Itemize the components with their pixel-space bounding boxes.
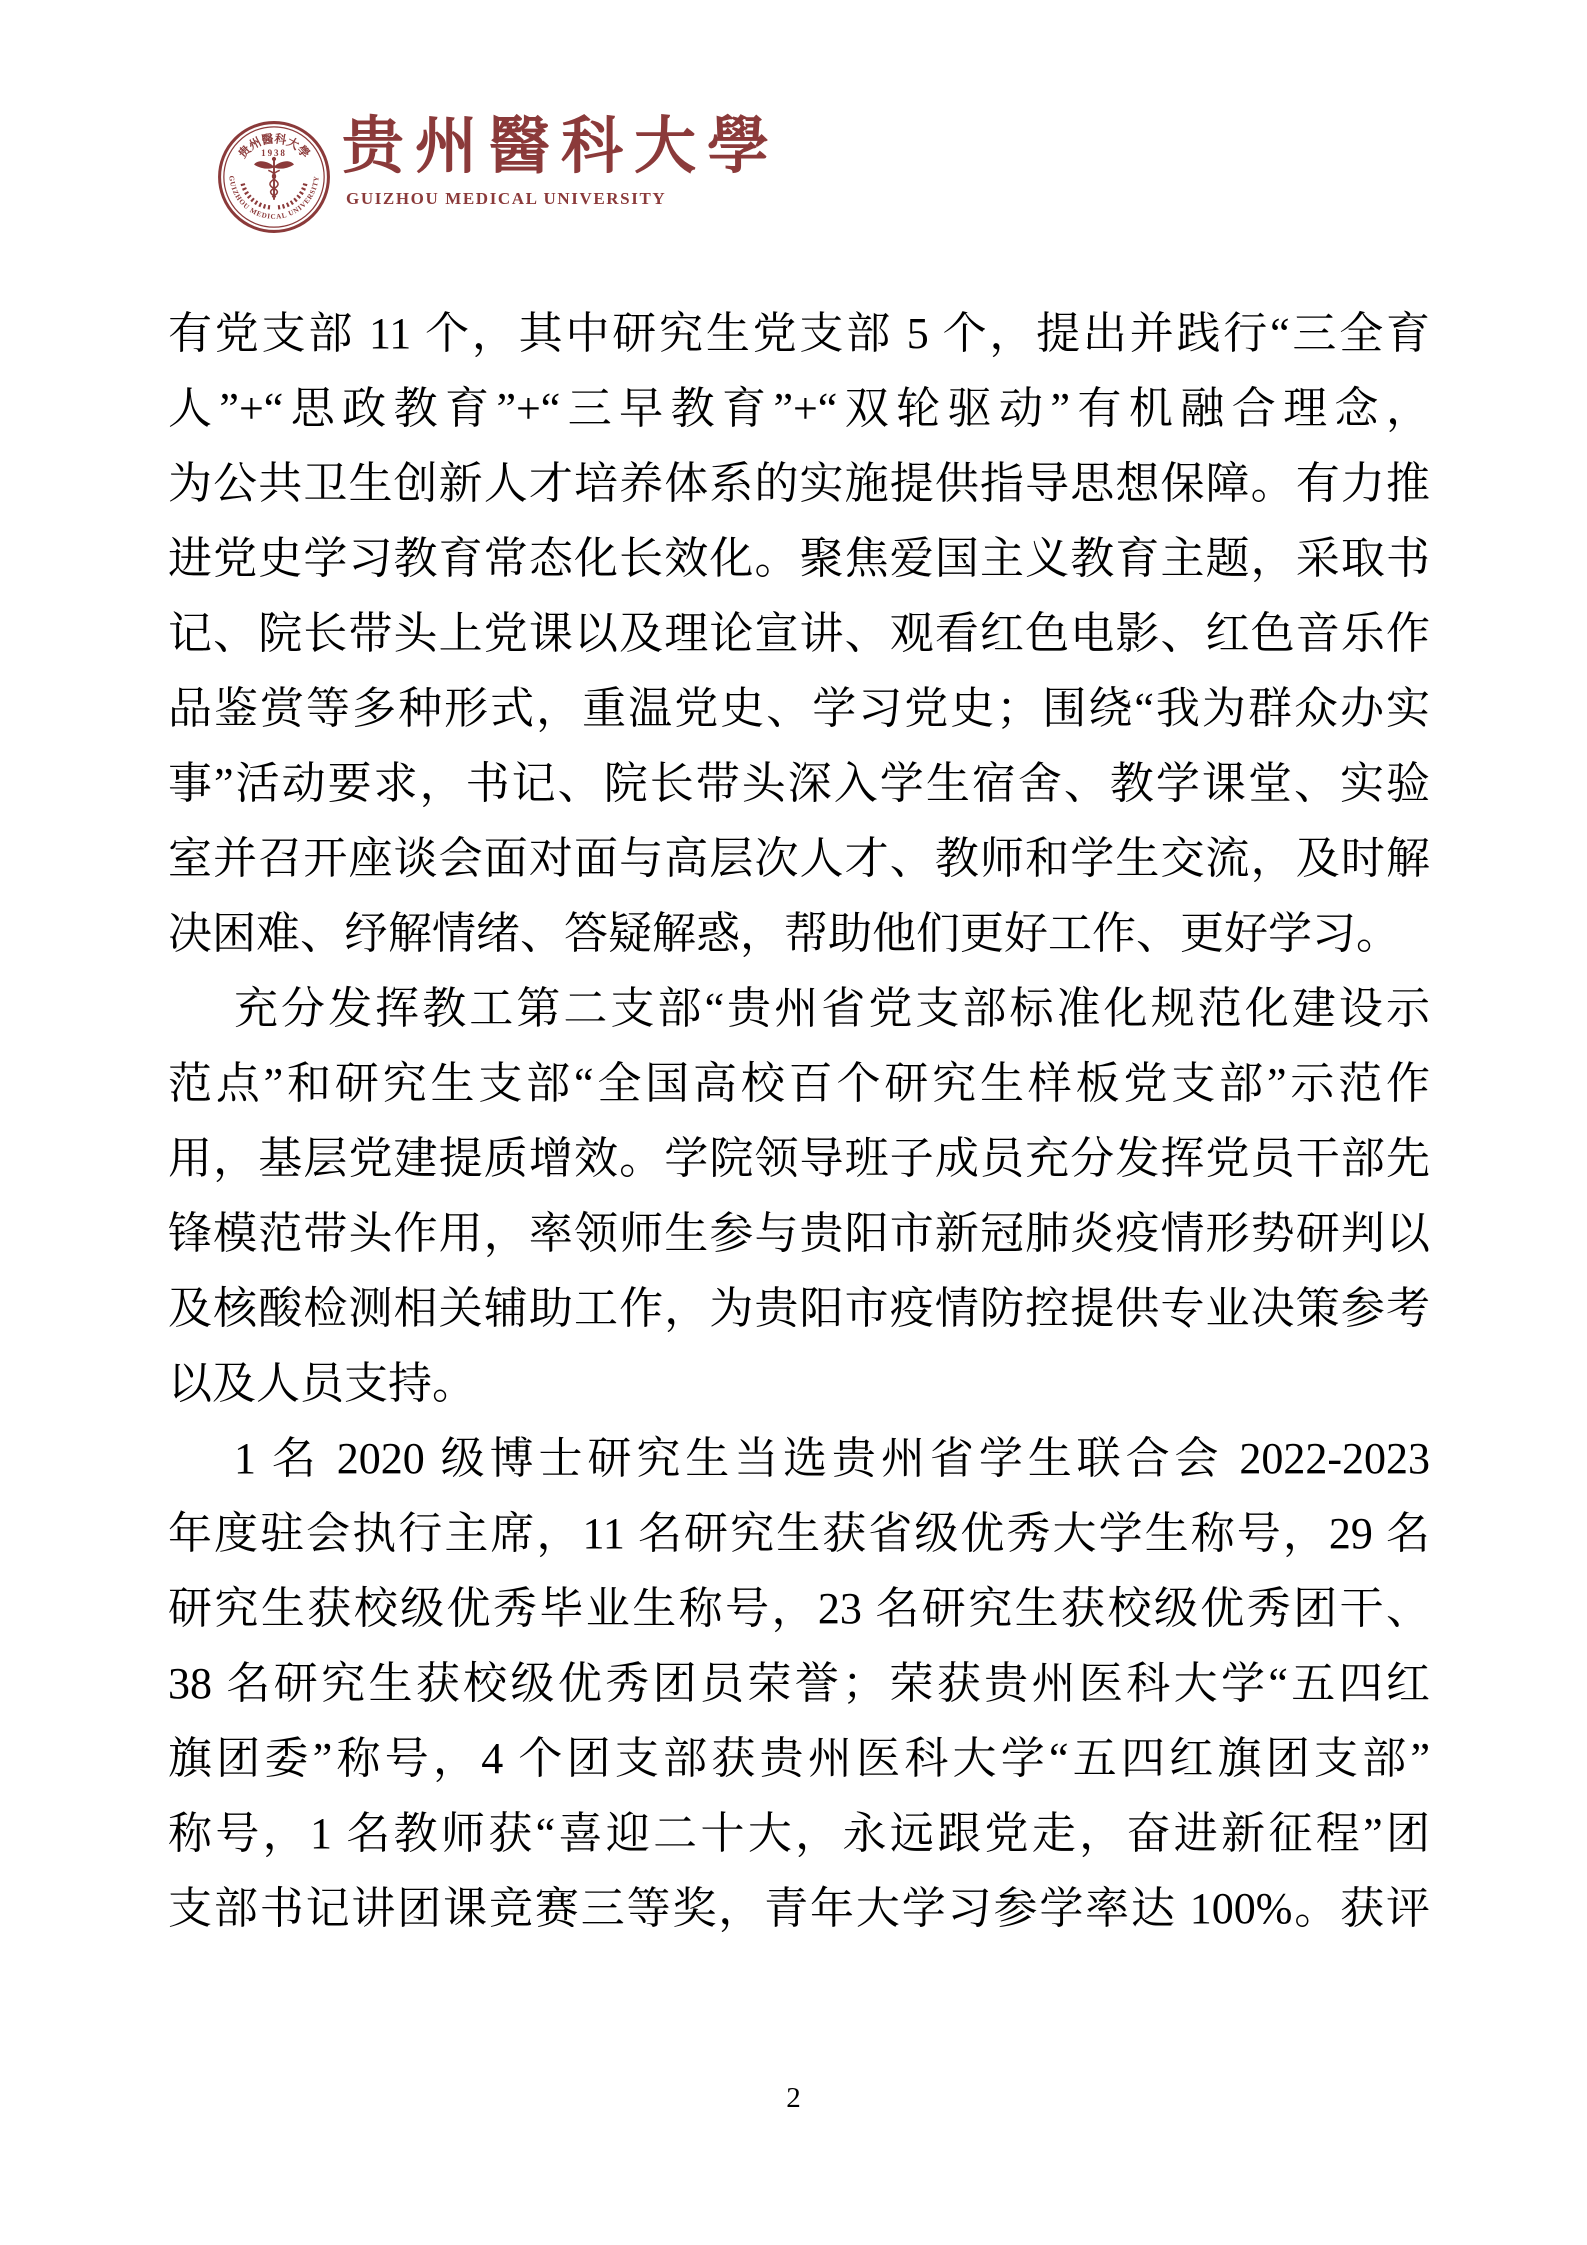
- document-body: 有党支部 11 个，其中研究生党支部 5 个，提出并践行“三全育 人”+“思政教…: [168, 296, 1430, 1946]
- body-line: 有党支部 11 个，其中研究生党支部 5 个，提出并践行“三全育: [168, 296, 1430, 371]
- body-line: 38 名研究生获校级优秀团员荣誉；荣获贵州医科大学“五四红: [168, 1646, 1430, 1721]
- caduceus-icon: [254, 157, 294, 200]
- body-line: 以及人员支持。: [168, 1346, 1430, 1421]
- body-line: 事”活动要求，书记、院长带头深入学生宿舍、教学课堂、实验: [168, 746, 1430, 821]
- body-line: 人”+“思政教育”+“三早教育”+“双轮驱动”有机融合理念，: [168, 371, 1430, 446]
- body-line: 研究生获校级优秀毕业生称号，23 名研究生获校级优秀团干、: [168, 1571, 1430, 1646]
- body-line: 记、院长带头上党课以及理论宣讲、观看红色电影、红色音乐作: [168, 596, 1430, 671]
- body-line: 用，基层党建提质增效。学院领导班子成员充分发挥党员干部先: [168, 1121, 1430, 1196]
- body-line: 支部书记讲团课竞赛三等奖，青年大学习参学率达 100%。获评: [168, 1871, 1430, 1946]
- body-line: 品鉴赏等多种形式，重温党史、学习党史；围绕“我为群众办实: [168, 671, 1430, 746]
- document-page: 贵州醫科大學 GUIZHOU MEDICAL UNIVERSITY 1938 贵…: [0, 0, 1587, 2245]
- body-line: 为公共卫生创新人才培养体系的实施提供指导思想保障。有力推: [168, 446, 1430, 521]
- university-seal-logo: 贵州醫科大學 GUIZHOU MEDICAL UNIVERSITY 1938: [217, 120, 331, 234]
- body-line: 充分发挥教工第二支部“贵州省党支部标准化规范化建设示: [168, 971, 1430, 1046]
- body-line: 称号，1 名教师获“喜迎二十大，永远跟党走，奋进新征程”团: [168, 1796, 1430, 1871]
- body-line: 室并召开座谈会面对面与高层次人才、教师和学生交流，及时解: [168, 821, 1430, 896]
- body-line: 及核酸检测相关辅助工作，为贵阳市疫情防控提供专业决策参考: [168, 1271, 1430, 1346]
- body-line: 进党史学习教育常态化长效化。聚焦爱国主义教育主题，采取书: [168, 521, 1430, 596]
- header: 贵州醫科大學 GUIZHOU MEDICAL UNIVERSITY 1938 贵…: [0, 0, 1587, 260]
- body-line: 范点”和研究生支部“全国高校百个研究生样板党支部”示范作: [168, 1046, 1430, 1121]
- body-line: 1 名 2020 级博士研究生当选贵州省学生联合会 2022-2023: [168, 1421, 1430, 1496]
- body-line: 年度驻会执行主席，11 名研究生获省级优秀大学生称号，29 名: [168, 1496, 1430, 1571]
- body-line: 决困难、纾解情绪、答疑解惑，帮助他们更好工作、更好学习。: [168, 896, 1430, 971]
- body-line: 锋模范带头作用，率领师生参与贵阳市新冠肺炎疫情形势研判以: [168, 1196, 1430, 1271]
- seal-year: 1938: [261, 148, 287, 158]
- university-wordmark-chinese: 贵州醫科大學: [342, 116, 780, 178]
- body-line: 旗团委”称号，4 个团支部获贵州医科大学“五四红旗团支部”: [168, 1721, 1430, 1796]
- university-wordmark-english: GUIZHOU MEDICAL UNIVERSITY: [346, 190, 666, 207]
- page-number: 2: [0, 2082, 1587, 2115]
